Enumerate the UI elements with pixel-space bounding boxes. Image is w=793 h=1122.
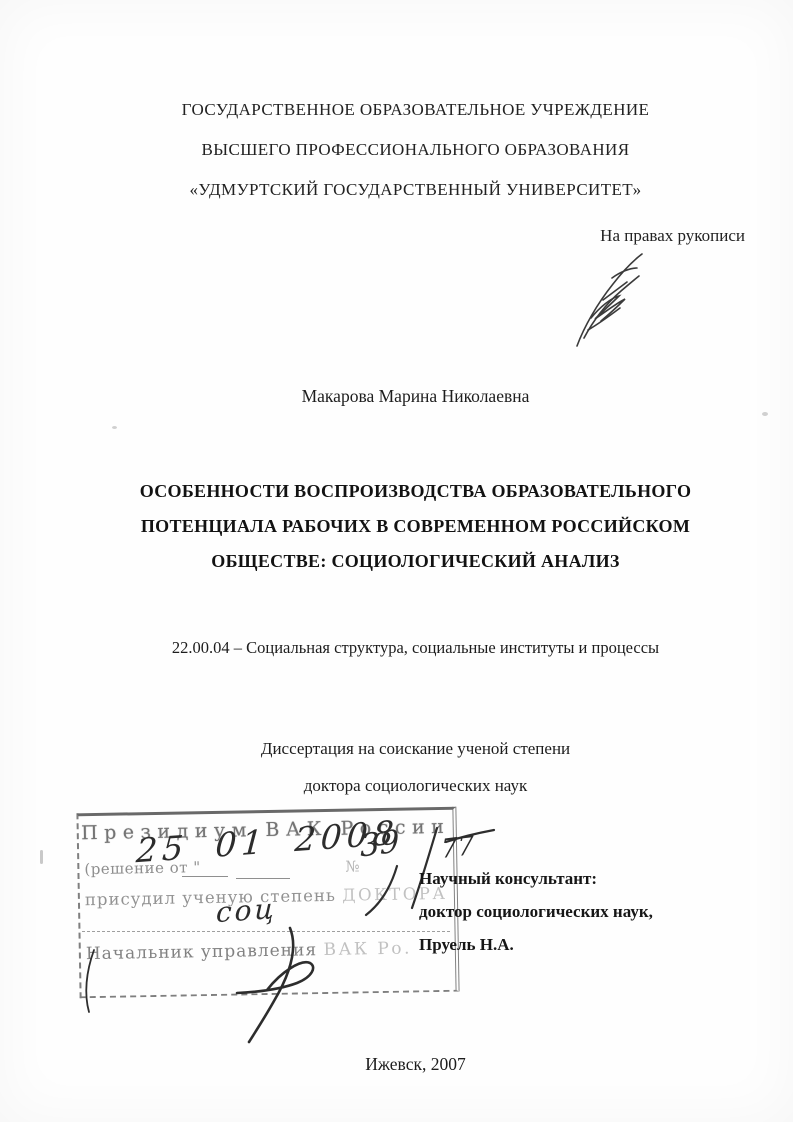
scan-speck bbox=[112, 426, 117, 429]
stamp-official-line: Начальник управления ВАК Ро. bbox=[86, 938, 412, 964]
title-line-3: ОБЩЕСТВЕ: СОЦИОЛОГИЧЕСКИЙ АНАЛИЗ bbox=[38, 544, 793, 579]
stamp-official-prefix: Начальник управления bbox=[86, 940, 324, 964]
title-line-2: ПОТЕНЦИАЛА РАБОЧИХ В СОВРЕМЕННОМ РОССИЙС… bbox=[38, 509, 793, 544]
dissertation-title: ОСОБЕННОСТИ ВОСПРОИЗВОДСТВА ОБРАЗОВАТЕЛЬ… bbox=[38, 474, 793, 579]
institution-line-2: ВЫСШЕГО ПРОФЕССИОНАЛЬНОГО ОБРАЗОВАНИЯ bbox=[38, 130, 793, 170]
stamp-date-underline-2 bbox=[236, 878, 290, 879]
handwritten-number-first: 39 bbox=[360, 823, 400, 864]
specialty-line: 22.00.04 – Социальная структура, социаль… bbox=[38, 638, 793, 658]
consultant-block: Научный консультант: доктор социологичес… bbox=[419, 862, 653, 961]
title-line-1: ОСОБЕННОСТИ ВОСПРОИЗВОДСТВА ОБРАЗОВАТЕЛЬ… bbox=[38, 474, 793, 509]
consultant-line-2: доктор социологических наук, bbox=[419, 895, 653, 928]
consultant-line-3: Пруель Н.А. bbox=[419, 928, 653, 961]
stamp-awarded-text: присудил ученую степень bbox=[85, 886, 343, 909]
dissertation-purpose: Диссертация на соискание ученой степени … bbox=[38, 730, 793, 804]
stamp-number-sign: № bbox=[345, 857, 360, 875]
manuscript-note: На правах рукописи bbox=[600, 226, 745, 246]
handwritten-number-second: 77 bbox=[441, 831, 474, 865]
dissertation-purpose-line-1: Диссертация на соискание ученой степени bbox=[38, 730, 793, 767]
scan-speck bbox=[40, 850, 43, 864]
stamp-dotted-rule bbox=[82, 931, 450, 932]
stamp-official-suffix: ВАК Ро. bbox=[323, 938, 412, 960]
institution-line-1: ГОСУДАРСТВЕННОЕ ОБРАЗОВАТЕЛЬНОЕ УЧРЕЖДЕН… bbox=[38, 90, 793, 130]
scan-speck bbox=[762, 412, 768, 416]
institution-header: ГОСУДАРСТВЕННОЕ ОБРАЗОВАТЕЛЬНОЕ УЧРЕЖДЕН… bbox=[38, 90, 793, 210]
consultant-line-1: Научный консультант: bbox=[419, 862, 653, 895]
stamp-date-underline-1 bbox=[182, 876, 228, 877]
institution-line-3: «УДМУРТСКИЙ ГОСУДАРСТВЕННЫЙ УНИВЕРСИТЕТ» bbox=[38, 170, 793, 210]
document-page: ГОСУДАРСТВЕННОЕ ОБРАЗОВАТЕЛЬНОЕ УЧРЕЖДЕН… bbox=[0, 0, 793, 1122]
dissertation-purpose-line-2: доктора социологических наук bbox=[38, 767, 793, 804]
author-name: Макарова Марина Николаевна bbox=[38, 386, 793, 407]
city-year: Ижевск, 2007 bbox=[38, 1054, 793, 1075]
manuscript-signature-graphic bbox=[577, 254, 642, 346]
handwritten-degree-abbreviation: соц bbox=[215, 892, 277, 929]
